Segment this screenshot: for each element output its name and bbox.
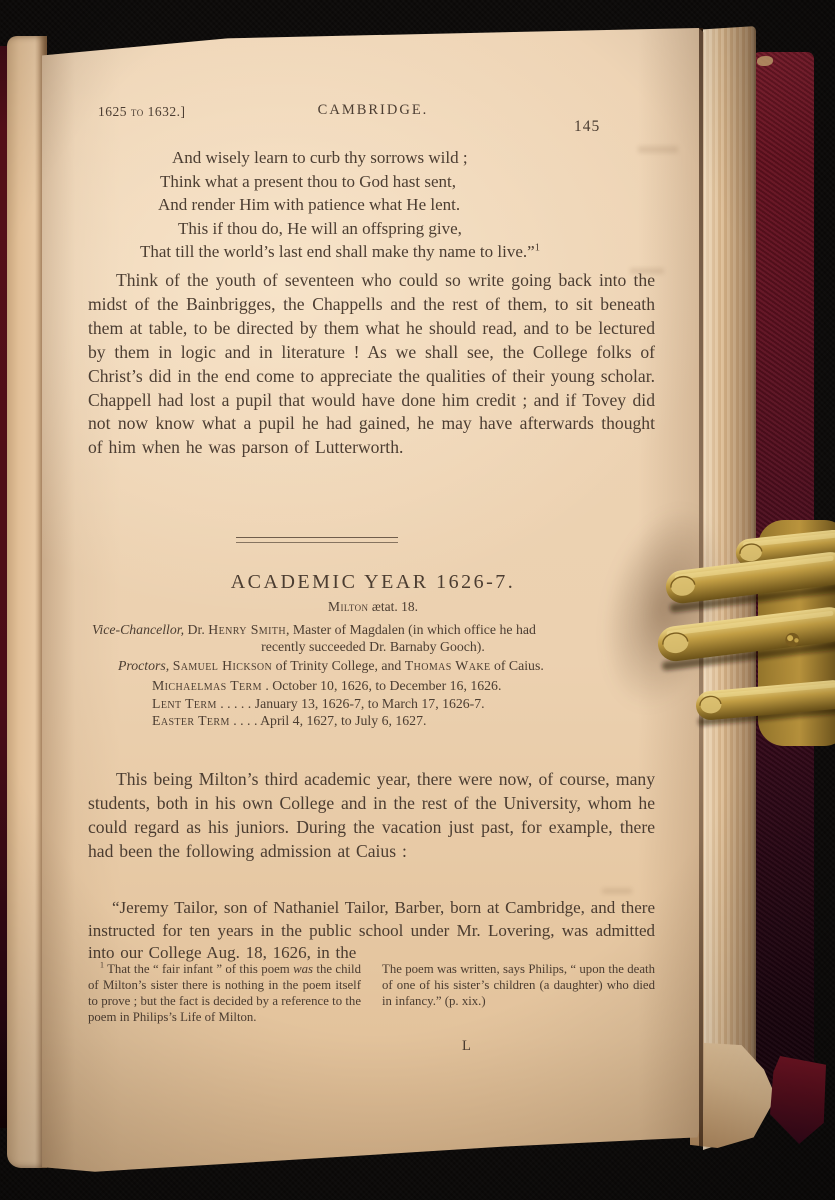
term-row: Michaelmas Term . October 10, 1626, to D…: [152, 677, 501, 695]
section-divider-rule: [236, 537, 398, 543]
term-dates-list: Michaelmas Term . October 10, 1626, to D…: [152, 677, 501, 730]
hand-fingers: [656, 529, 835, 722]
signature-mark: L: [462, 1038, 472, 1055]
footnote-1-continued: The poem was written, says Philips, “ up…: [382, 961, 655, 1025]
bottom-cover-corner: [770, 1056, 826, 1144]
poem-line-text: That till the world’s last end shall mak…: [140, 242, 535, 261]
term-leader: . . . . .: [217, 696, 255, 711]
footnote-reference: 1: [535, 243, 540, 254]
vice-chancellor-name: Henry Smith: [208, 622, 286, 637]
proctors-mid: of Trinity College, and: [272, 658, 405, 673]
footnote-1-text-a: That the “ fair infant ” of this poem: [104, 962, 293, 976]
vice-chancellor-role: Vice-Chancellor,: [92, 622, 184, 637]
term-leader: . . . .: [230, 713, 260, 728]
term-label: Lent Term: [152, 696, 217, 711]
footnote-1-emphasis: was: [293, 962, 313, 976]
show-through-mark: [638, 146, 678, 153]
page-number: 145: [574, 118, 600, 136]
running-head-title: CAMBRIDGE.: [42, 102, 704, 119]
poem-block: And wisely learn to curb thy sorrows wil…: [138, 146, 643, 264]
show-through-mark: [602, 888, 632, 894]
subtitle-rest: ætat. 18.: [368, 599, 418, 614]
term-dates: October 10, 1626, to December 16, 1626.: [272, 678, 501, 693]
poem-line: And wisely learn to curb thy sorrows wil…: [172, 146, 643, 170]
vice-chancellor-prefix: Dr.: [184, 622, 208, 637]
book-photograph: 1625 to 1632.] CAMBRIDGE. 145 And wisely…: [0, 0, 835, 1200]
subtitle-name: Milton: [328, 599, 368, 614]
term-leader: .: [262, 678, 272, 693]
term-dates: January 13, 1626-7, to March 17, 1626-7.: [255, 696, 485, 711]
brass-hand-page-holder-icon: [640, 518, 835, 750]
footnote-1: 1 That the “ fair infant ” of this poem …: [88, 961, 361, 1025]
poem-line: And render Him with patience what He len…: [158, 193, 643, 217]
proctor-name-1: Samuel Hickson: [173, 658, 272, 673]
proctors-role: Proctors,: [118, 658, 169, 673]
poem-line: Think what a present thou to God hast se…: [160, 170, 643, 194]
vice-chancellor-office: , Master of Magdalen (in which office he…: [286, 622, 536, 637]
footnotes-block: 1 That the “ fair infant ” of this poem …: [88, 961, 655, 1025]
term-label: Easter Term: [152, 713, 230, 728]
proctor-name-2: Thomas Wake: [405, 658, 491, 673]
facing-page-edge: [7, 36, 47, 1168]
paragraph-third-year: This being Milton’s third academic year,…: [88, 768, 655, 864]
term-dates: April 4, 1627, to July 6, 1627.: [260, 713, 426, 728]
poem-line: This if thou do, He will an offspring gi…: [178, 217, 643, 241]
show-through-mark: [630, 268, 664, 274]
poem-line: That till the world’s last end shall mak…: [140, 240, 643, 264]
cover-wear-chip: [757, 56, 773, 66]
term-row: Lent Term . . . . . January 13, 1626-7, …: [152, 695, 501, 713]
term-label: Michaelmas Term: [152, 678, 262, 693]
proctors-rest: of Caius.: [491, 658, 544, 673]
paragraph-caius-admission: “Jeremy Tailor, son of Nathaniel Tailor,…: [88, 897, 655, 965]
term-row: Easter Term . . . . April 4, 1627, to Ju…: [152, 712, 501, 730]
paragraph-milton-youth: Think of the youth of seventeen who coul…: [88, 269, 655, 460]
